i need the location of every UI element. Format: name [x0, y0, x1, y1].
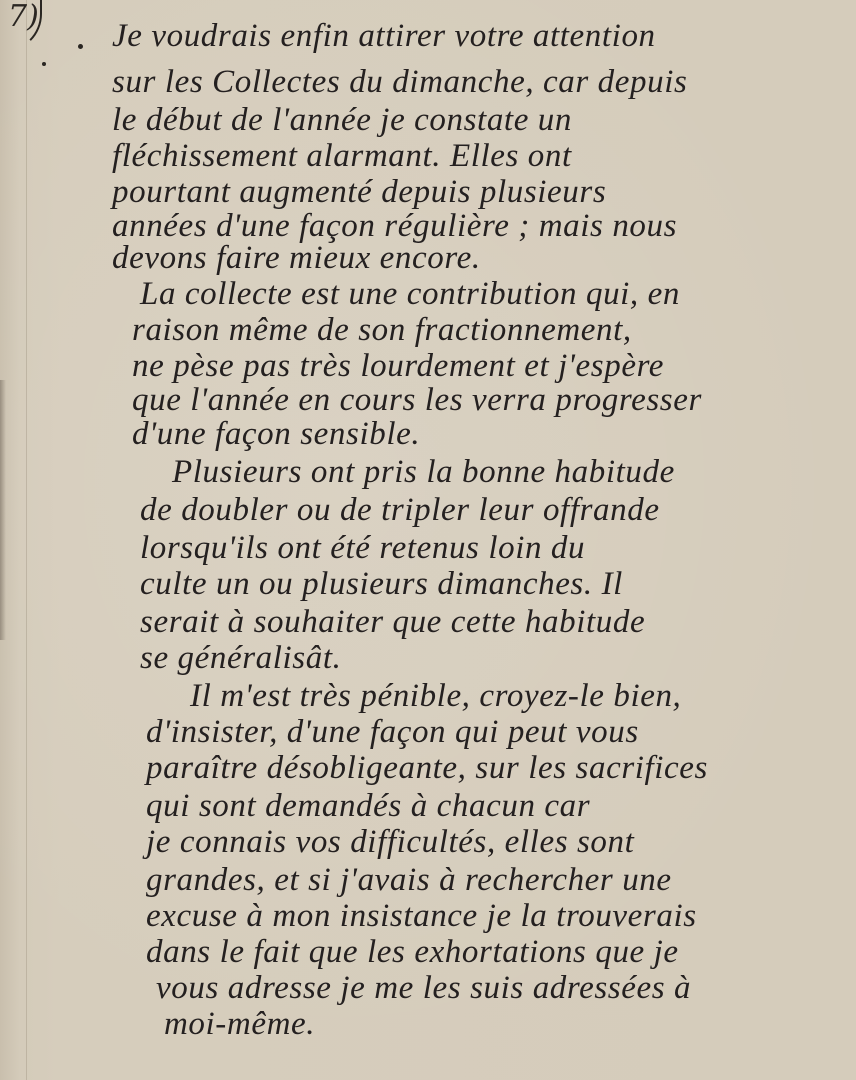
text-line: devons faire mieux encore. [112, 242, 481, 275]
bullet-dot [78, 44, 83, 49]
text-line: lorsqu'ils ont été retenus loin du [140, 532, 585, 565]
bullet-dot [42, 62, 46, 66]
text-line: je connais vos difficultés, elles sont [146, 826, 634, 859]
text-line: vous adresse je me les suis adressées à [156, 972, 691, 1005]
text-line: raison même de son fractionnement, [132, 314, 632, 347]
text-line: Plusieurs ont pris la bonne habitude [172, 456, 675, 489]
page-number: 7) [8, 2, 39, 32]
text-line: d'une façon sensible. [132, 418, 420, 451]
text-line: ne pèse pas très lourdement et j'espère [132, 350, 664, 383]
text-line: Je voudrais enfin attirer votre attentio… [112, 20, 656, 53]
text-line: La collecte est une contribution qui, en [140, 278, 680, 311]
text-line: qui sont demandés à chacun car [146, 790, 590, 823]
text-line: serait à souhaiter que cette habitude [140, 606, 645, 639]
text-line: années d'une façon régulière ; mais nous [112, 210, 677, 243]
text-line: moi-même. [164, 1008, 315, 1041]
text-line: Il m'est très pénible, croyez-le bien, [190, 680, 681, 713]
text-line: grandes, et si j'avais à rechercher une [146, 864, 672, 897]
text-line: d'insister, d'une façon qui peut vous [146, 716, 639, 749]
text-line: dans le fait que les exhortations que je [146, 936, 679, 969]
text-line: que l'année en cours les verra progresse… [132, 384, 702, 417]
text-line: culte un ou plusieurs dimanches. Il [140, 568, 623, 601]
text-line: de doubler ou de tripler leur offrande [140, 494, 660, 527]
paper-edge-shadow [0, 380, 6, 640]
text-line: pourtant augmenté depuis plusieurs [112, 176, 606, 209]
text-line: paraître désobligeante, sur les sacrific… [146, 752, 708, 785]
text-line: se généralisât. [140, 642, 341, 675]
text-line: fléchissement alarmant. Elles ont [112, 140, 572, 173]
manuscript-page: 7) Je voudrais enfin attirer votre atten… [0, 0, 856, 1080]
text-line: sur les Collectes du dimanche, car depui… [112, 66, 687, 99]
text-line: excuse à mon insistance je la trouverais [146, 900, 697, 933]
text-line: le début de l'année je constate un [112, 104, 572, 137]
paper-fold-line [26, 0, 27, 1080]
